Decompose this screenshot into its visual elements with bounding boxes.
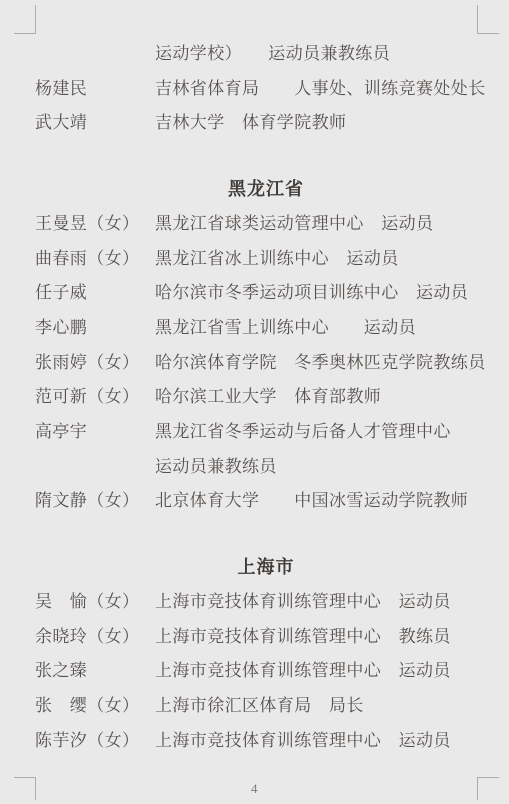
list-item: 张雨婷（女） 哈尔滨体育学院 冬季奥林匹克学院教练员 [35, 346, 497, 381]
affiliation-role: 吉林省体育局 人事处、训练竞赛处处长 [155, 72, 497, 107]
affiliation-role: 哈尔滨体育学院 冬季奥林匹克学院教练员 [155, 346, 497, 381]
person-name: 张之臻 [35, 654, 155, 689]
person-name: 高亭宇 [35, 415, 155, 450]
person-name: 李心鹏 [35, 311, 155, 346]
person-name: 余晓玲（女） [35, 620, 155, 655]
person-name: 武大靖 [35, 106, 155, 141]
person-name: 任子威 [35, 276, 155, 311]
person-name: 张 缨（女） [35, 689, 155, 724]
affiliation-role: 黑龙江省冰上训练中心 运动员 [155, 242, 497, 277]
affiliation-role: 吉林大学 体育学院教师 [155, 106, 497, 141]
affiliation-role: 哈尔滨工业大学 体育部教师 [155, 380, 497, 415]
affiliation-role: 上海市徐汇区体育局 局长 [155, 689, 497, 724]
person-name: 曲春雨（女） [35, 242, 155, 277]
crop-mark-top-right-icon [477, 5, 499, 34]
affiliation-role: 上海市竞技体育训练管理中心 运动员 [155, 724, 497, 759]
affiliation-role: 黑龙江省雪上训练中心 运动员 [155, 311, 497, 346]
list-item: 任子威 哈尔滨市冬季运动项目训练中心 运动员 [35, 276, 497, 311]
affiliation-role: 上海市竞技体育训练管理中心 运动员 [155, 654, 497, 689]
list-item: 武大靖 吉林大学 体育学院教师 [35, 106, 497, 141]
list-item: 范可新（女） 哈尔滨工业大学 体育部教师 [35, 380, 497, 415]
list-item: 王曼昱（女） 黑龙江省球类运动管理中心 运动员 [35, 207, 497, 242]
list-item: 高亭宇 黑龙江省冬季运动与后备人才管理中心 运动员兼教练员 [35, 415, 497, 484]
entries: 运动学校） 运动员兼教练员 杨建民 吉林省体育局 人事处、训练竞赛处处长 武大靖… [35, 37, 497, 758]
section-heading: 上海市 [35, 550, 497, 585]
list-item: 张之臻 上海市竞技体育训练管理中心 运动员 [35, 654, 497, 689]
list-item: 杨建民 吉林省体育局 人事处、训练竞赛处处长 [35, 72, 497, 107]
list-item: 曲春雨（女） 黑龙江省冰上训练中心 运动员 [35, 242, 497, 277]
document-page: 运动学校） 运动员兼教练员 杨建民 吉林省体育局 人事处、训练竞赛处处长 武大靖… [0, 0, 509, 804]
affiliation-role: 黑龙江省冬季运动与后备人才管理中心 运动员兼教练员 [155, 415, 497, 484]
affiliation-role: 运动学校） 运动员兼教练员 [155, 37, 497, 72]
list-item: 吴 愉（女） 上海市竞技体育训练管理中心 运动员 [35, 585, 497, 620]
list-item: 运动学校） 运动员兼教练员 [35, 37, 497, 72]
affiliation-role: 上海市竞技体育训练管理中心 运动员 [155, 585, 497, 620]
person-name: 张雨婷（女） [35, 346, 155, 381]
list-item: 陈芋汐（女） 上海市竞技体育训练管理中心 运动员 [35, 724, 497, 759]
list-item: 李心鹏 黑龙江省雪上训练中心 运动员 [35, 311, 497, 346]
person-name: 杨建民 [35, 72, 155, 107]
person-name: 吴 愉（女） [35, 585, 155, 620]
person-name: 王曼昱（女） [35, 207, 155, 242]
list-item: 余晓玲（女） 上海市竞技体育训练管理中心 教练员 [35, 620, 497, 655]
page-number: 4 [0, 781, 509, 797]
person-name: 隋文静（女） [35, 484, 155, 519]
crop-mark-top-left-icon [14, 5, 36, 34]
person-name: 范可新（女） [35, 380, 155, 415]
affiliation-role: 北京体育大学 中国冰雪运动学院教师 [155, 484, 497, 519]
affiliation-role: 上海市竞技体育训练管理中心 教练员 [155, 620, 497, 655]
person-name: 陈芋汐（女） [35, 724, 155, 759]
section-heading: 黑龙江省 [35, 172, 497, 207]
list-item: 隋文静（女） 北京体育大学 中国冰雪运动学院教师 [35, 484, 497, 519]
list-item: 张 缨（女） 上海市徐汇区体育局 局长 [35, 689, 497, 724]
affiliation-role: 哈尔滨市冬季运动项目训练中心 运动员 [155, 276, 497, 311]
affiliation-role: 黑龙江省球类运动管理中心 运动员 [155, 207, 497, 242]
